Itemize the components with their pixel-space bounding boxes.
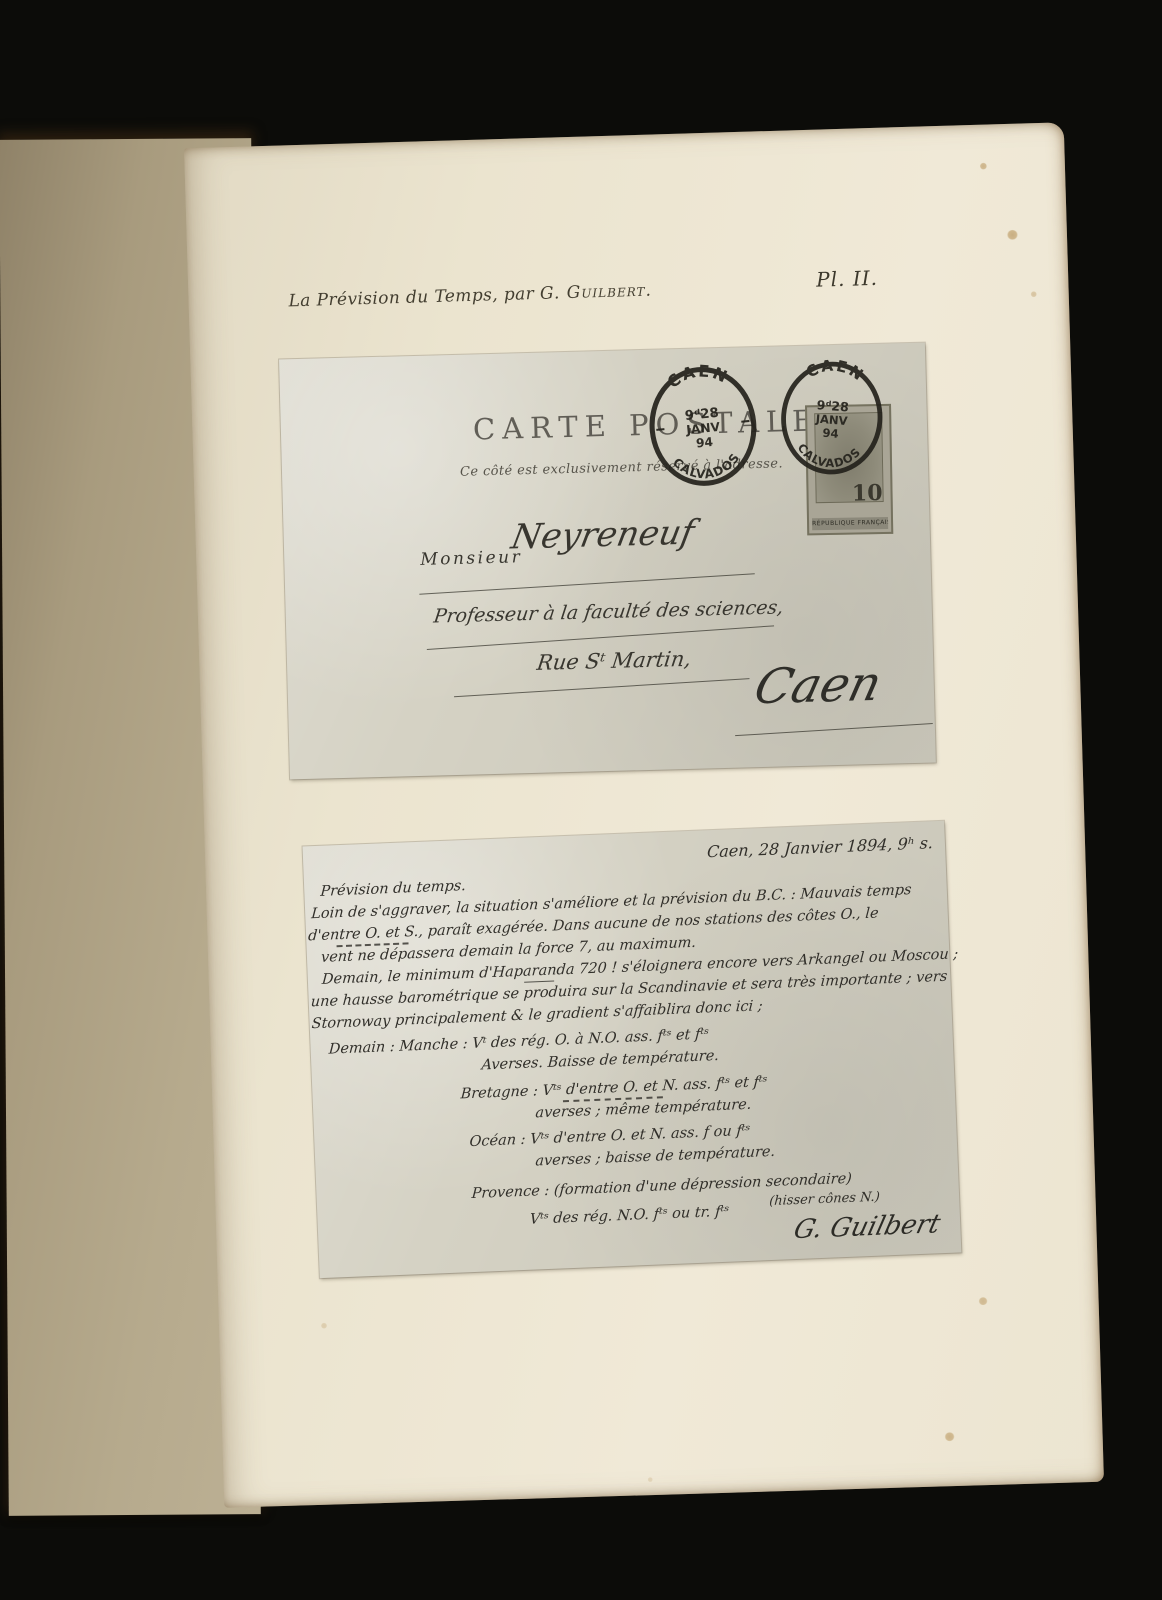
postmark-caen-left: CAEN CALVADOS 9ᵈ28 JANV 94 bbox=[641, 359, 764, 493]
address-profession: Professeur à la faculté des sciences, bbox=[432, 596, 784, 627]
message-line: (hisser cônes N.) bbox=[769, 1190, 881, 1209]
message-line: averses ; baisse de température. bbox=[535, 1144, 776, 1170]
address-city: Caen bbox=[749, 656, 887, 716]
postmark-year: 94 bbox=[695, 435, 713, 451]
plate-number: Pl. II. bbox=[816, 266, 878, 292]
address-name: Neyreneuf bbox=[508, 513, 697, 558]
message-line: Prévision du temps. bbox=[320, 878, 466, 900]
postmark-month: JANV bbox=[685, 420, 721, 437]
underline bbox=[419, 573, 754, 595]
message-line: Averses. Baisse de température. bbox=[481, 1048, 719, 1074]
address-salutation: Monsieur bbox=[420, 547, 522, 570]
postmark-caen-right: CAEN CALVADOS 9ᵈ28 JANV 94 bbox=[774, 355, 889, 481]
svg-text:CAEN: CAEN bbox=[802, 355, 869, 386]
postcard-back-photo: Caen, 28 Janvier 1894, 9ʰ s. Prévision d… bbox=[303, 821, 962, 1278]
message-line: Vᵗˢ des rég. N.O. fᵗˢ ou tr. fᵗˢ bbox=[529, 1204, 729, 1228]
svg-text:CAEN: CAEN bbox=[663, 359, 734, 393]
plate-header: La Prévision du Temps, par G. Guilbert. bbox=[288, 281, 652, 312]
underline bbox=[735, 723, 933, 736]
postmark-year: 94 bbox=[822, 426, 839, 441]
underline bbox=[524, 981, 554, 983]
postmark-town: CAEN bbox=[663, 359, 734, 393]
foxing-spot bbox=[321, 1323, 327, 1329]
plate-title: La Prévision du Temps, par bbox=[288, 284, 540, 311]
foxing-spot bbox=[648, 1477, 653, 1482]
foxing-spot bbox=[978, 1297, 987, 1305]
underline bbox=[427, 625, 774, 650]
message-dateline: Caen, 28 Janvier 1894, 9ʰ s. bbox=[706, 833, 933, 861]
foxing-spot bbox=[944, 1432, 954, 1441]
underline bbox=[454, 678, 750, 697]
plate-author: G. Guilbert. bbox=[540, 281, 653, 304]
postmark-town: CAEN bbox=[802, 355, 869, 386]
postcard-front-photo: CARTE POSTALE Ce côté est exclusivement … bbox=[279, 343, 936, 780]
foxing-spot bbox=[980, 163, 987, 170]
book-plate-page: La Prévision du Temps, par G. Guilbert. … bbox=[184, 122, 1104, 1508]
address-street: Rue Sᵗ Martin, bbox=[536, 647, 693, 675]
foxing-spot bbox=[1031, 291, 1037, 297]
foxing-spot bbox=[1007, 230, 1018, 240]
stamp-value: 10 bbox=[852, 480, 883, 507]
stamp-country-label: RÉPUBLIQUE FRANÇAISE bbox=[812, 517, 888, 530]
signature: G. Guilbert bbox=[791, 1209, 944, 1245]
